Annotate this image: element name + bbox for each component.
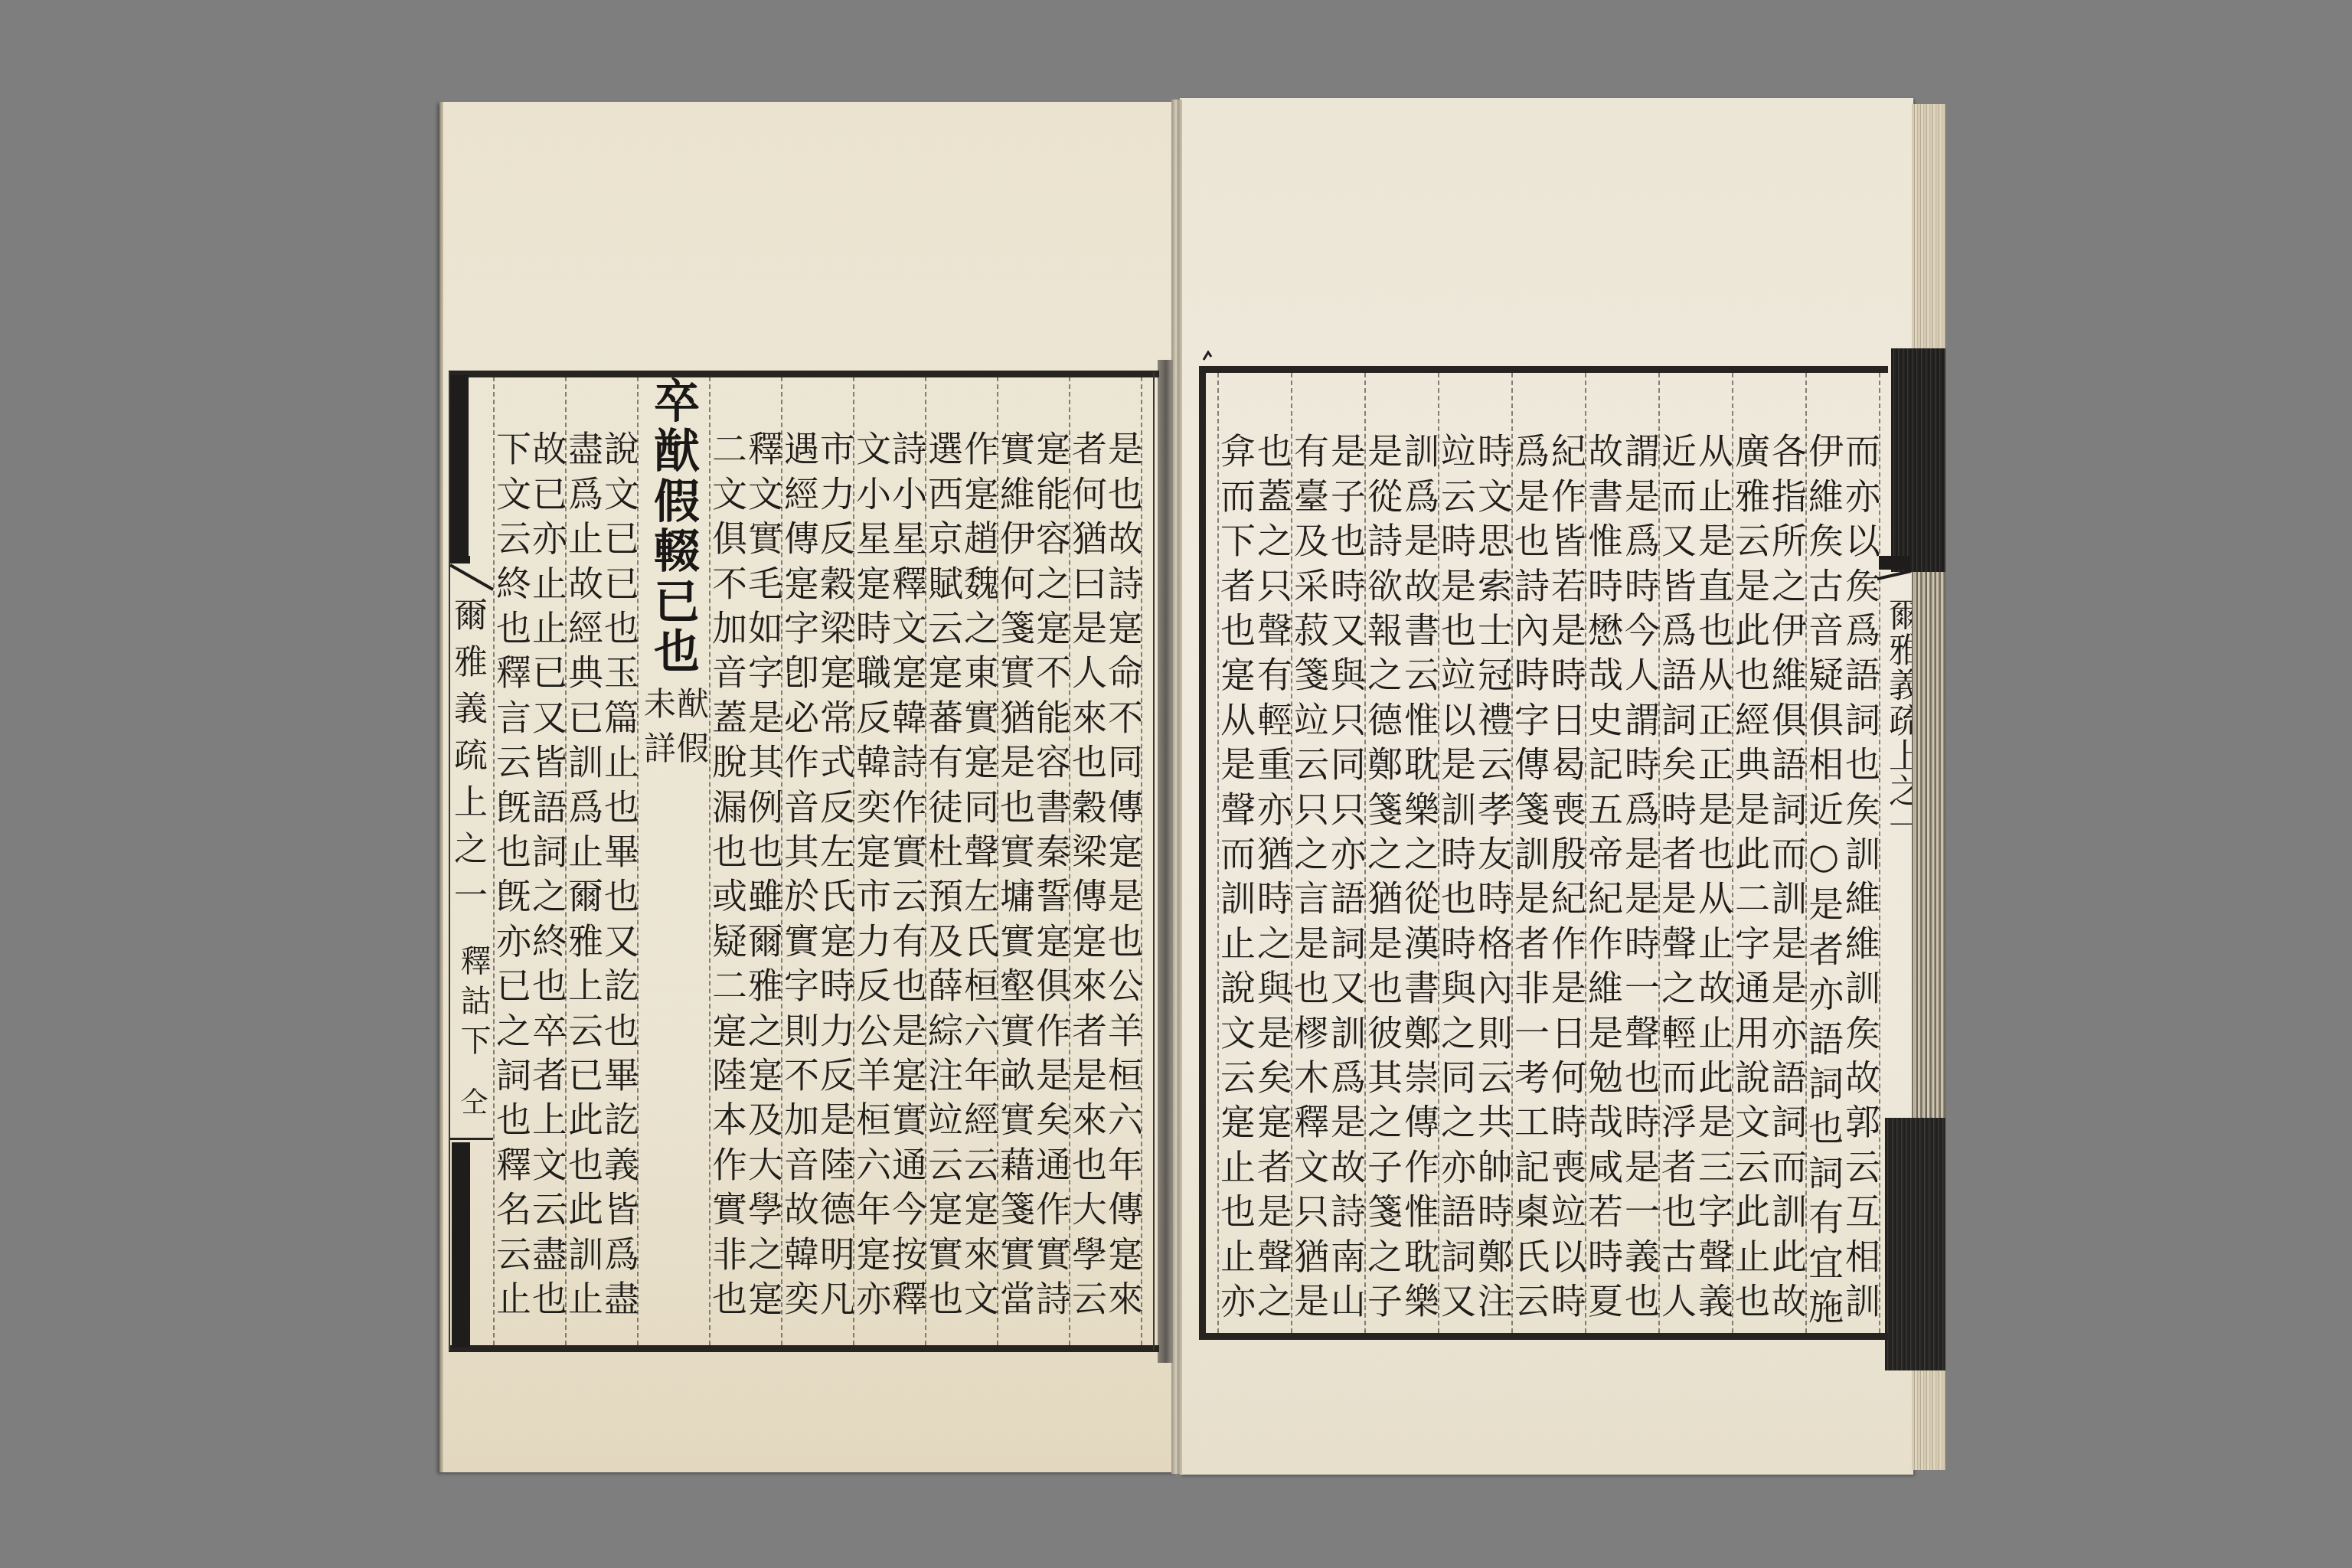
right-margin-clip: 爾雅義疏上之一 bbox=[1880, 582, 1912, 888]
binding-gutter bbox=[1171, 100, 1182, 1474]
text-line: 是從詩欲報之德鄭箋之猶是也彼其之子箋之子 bbox=[1364, 433, 1401, 1344]
text-line: 是子也時又與只同只亦語詞又訓爲是故詩南山 bbox=[1328, 433, 1364, 1344]
gutter-ink-smudge bbox=[1158, 360, 1173, 1363]
page-stack-ink-streaks bbox=[1912, 572, 1945, 1118]
margin-divider bbox=[450, 1138, 493, 1140]
text-line: 而亦以矦爲語詞也矦訓維維訓矦故郭云互相訓 bbox=[1842, 433, 1879, 1344]
text-line: 作寔趙魏之東實寔同聲左氏桓六年經云寔來文 bbox=[961, 430, 998, 1341]
text-line: 釋文實毛如字是其例也雖爾雅之寔及大學之寔 bbox=[745, 430, 782, 1341]
left-frame-bottom-border bbox=[449, 1345, 1159, 1352]
text-line: 寔能容之寔不能容書秦誓寔俱作是矣通作實詩 bbox=[1033, 430, 1070, 1341]
text-line: 者何猶曰是人來也穀梁傳寔來者是來也大學云 bbox=[1069, 430, 1106, 1341]
text-line: 从止是直也从正正是也从止故止此是三字聲義 bbox=[1695, 433, 1732, 1344]
fish-tail-icon bbox=[1877, 554, 1913, 582]
text-line: 廣雅云是此也經典是此二字通用說文云此止也 bbox=[1732, 433, 1769, 1344]
right-frame-left-border bbox=[1199, 366, 1206, 1340]
ink-mark-icon bbox=[1200, 349, 1216, 364]
text-line: 紀作皆若是時日曷喪殷紀作是日何時喪竝以時 bbox=[1548, 433, 1585, 1344]
right-frame-top-border bbox=[1199, 366, 1888, 373]
text-line: 遇經傳寔字卽必作音其於實字則不加音故韓奕 bbox=[781, 430, 818, 1341]
text-line: 說文已已也玉篇止也畢也又訖也畢訖義皆爲盡 bbox=[601, 430, 638, 1341]
margin-book-title: 爾雅義疏上之一 bbox=[1885, 597, 1912, 844]
text-line: 謂是爲時今人謂時爲是是時一聲也時是一義也 bbox=[1622, 433, 1658, 1344]
text-line: 文小星寔時職反韓奕寔市力反公羊桓六年寔亦 bbox=[853, 430, 890, 1341]
left-page-edge bbox=[439, 102, 443, 1472]
text-line: 爲是也詩內時字傳箋訓是者非一考工記㮚氏云 bbox=[1511, 433, 1548, 1344]
text-line: 故已亦止止已又皆語詞之終也卒者上文云盡也 bbox=[529, 430, 566, 1341]
text-line: 伊維矦古音疑俱相近○是者亦語詞也詞有宜施 bbox=[1805, 433, 1842, 1344]
left-frame-top-border bbox=[449, 371, 1159, 377]
heading-note-right: 猷假 bbox=[675, 687, 707, 786]
text-line: 有臺及采菽箋竝云只之言是也樛木釋文只猶是 bbox=[1291, 433, 1328, 1344]
text-line: 是也故詩寔命不同傳寔是也公羊桓六年傳寔來 bbox=[1105, 430, 1142, 1341]
text-line: 訓爲是故書云惟耽樂之從漢書鄭崇傳作惟耽樂 bbox=[1401, 433, 1438, 1344]
text-line: 下文云終也釋言云旣也旣亦已之詞也釋名云止 bbox=[493, 430, 530, 1341]
text-line: 實維伊何箋實猶是也實墉實壑實畝實藉箋實當 bbox=[997, 430, 1034, 1341]
left-margin-black-block-bottom bbox=[452, 1142, 470, 1347]
text-line: 弇而下者也寔从是聲而訓止說文云寔止也止亦 bbox=[1217, 433, 1254, 1344]
leaf-number: 仝 bbox=[458, 1087, 485, 1115]
entry-heading: 卒猷假輟已也 bbox=[649, 377, 697, 683]
margin-section-title: 釋詁下 bbox=[458, 945, 488, 1064]
right-margin-black-block-top bbox=[1891, 348, 1945, 572]
margin-book-title: 爾雅義疏上之一 bbox=[450, 597, 484, 924]
text-line: 竝云時是也竝以是訓時也時與之同之亦語詞又 bbox=[1438, 433, 1475, 1344]
text-line: 盡爲止故經典已訓爲止爾雅上云已此也此訓止 bbox=[565, 430, 602, 1341]
left-margin-black-block-top bbox=[450, 375, 469, 559]
text-line: 各指所之伊維俱語詞而訓是是亦語詞而訓此故 bbox=[1769, 433, 1805, 1344]
text-line: 也蓋之只聲有輕重亦猶時之與是矣寔者是聲之 bbox=[1254, 433, 1291, 1344]
text-line: 近而又皆爲語詞矣時者是聲之輕而浮者也古人 bbox=[1658, 433, 1695, 1344]
text-line: 故書惟時懋哉史記五帝紀作維是勉哉咸若時夏 bbox=[1585, 433, 1622, 1344]
left-frame-right-border bbox=[1153, 372, 1155, 1351]
text-line: 選西京賦云寔蕃有徒杜預及薛綜注竝云寔實也 bbox=[925, 430, 962, 1341]
book-photo: 爾雅義疏上之一 釋詁下 仝 是也故詩寔命不同傳寔是也公羊桓六年傳寔來 者何猶曰是… bbox=[0, 0, 2352, 1568]
text-line: 詩小星釋文寔韓詩作實云有也是寔實通今按釋 bbox=[889, 430, 926, 1341]
text-line: 時文思索士冠禮云孝友時格內則云共帥時鄭注 bbox=[1475, 433, 1511, 1344]
text-line: 市力反穀梁寔常式反左氏寔時力反是陸德明凡 bbox=[817, 430, 854, 1341]
text-line: 二文俱不加音蓋脫漏也或疑二寔陸本作實非也 bbox=[709, 430, 746, 1341]
right-margin-black-block-bottom bbox=[1885, 1118, 1945, 1370]
heading-note-left: 未詳 bbox=[642, 687, 674, 786]
